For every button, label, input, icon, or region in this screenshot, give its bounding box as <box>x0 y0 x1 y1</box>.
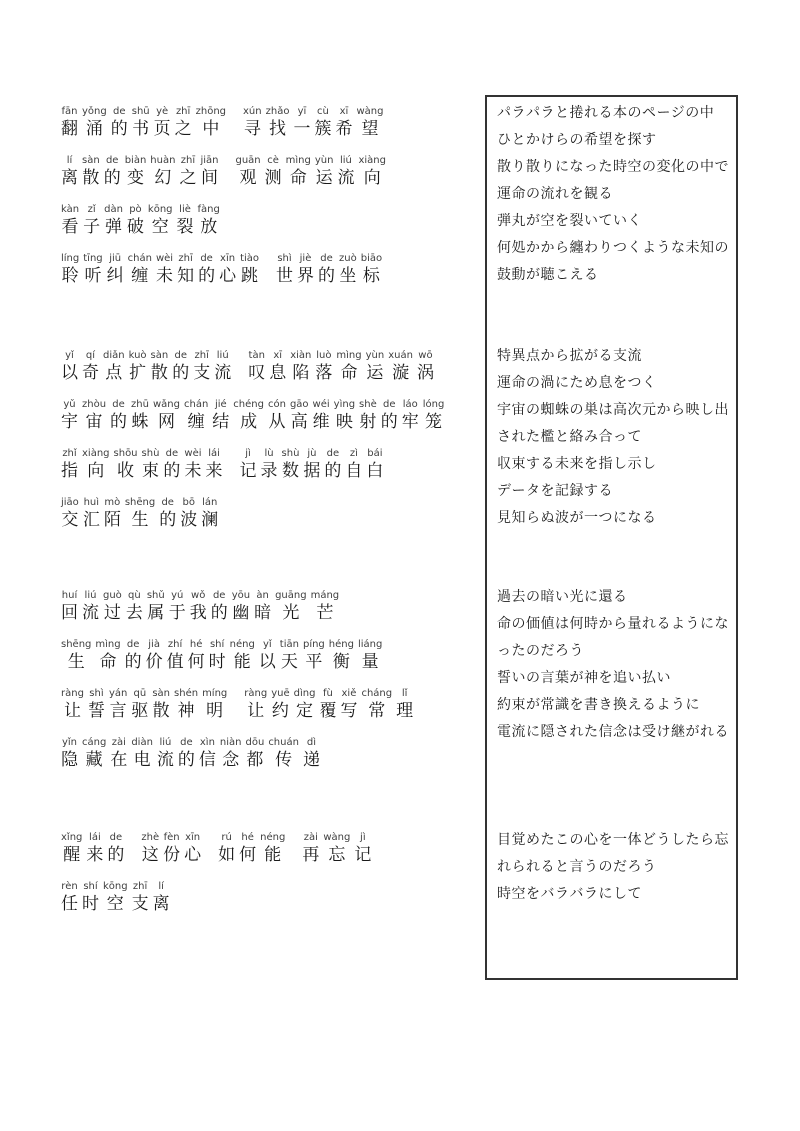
lyric-syllable: shǔ属 <box>147 589 165 623</box>
lyric-syllable: liú流 <box>337 154 354 188</box>
hanzi-text: 回 <box>61 602 78 623</box>
pinyin-text: fù <box>319 687 336 700</box>
pinyin-text: luò <box>315 349 332 362</box>
lyric-line: ràng让shì誓yán言qū驱sàn散shén神míng明ràng让yuē约d… <box>61 687 417 736</box>
lyric-syllable: de的 <box>178 736 195 770</box>
hanzi-text: 支 <box>132 893 149 914</box>
lyrics-column: fān翻yǒng涌de的shū书yè页zhī之zhōng中xún寻zhǎo找yī… <box>0 0 480 1131</box>
lyric-syllable: sàn散 <box>151 349 169 383</box>
hanzi-text: 流 <box>214 362 231 383</box>
pinyin-text: jià <box>146 638 163 651</box>
hanzi-text: 宙 <box>82 411 106 432</box>
hanzi-text: 簇 <box>314 118 331 139</box>
pinyin-text: cè <box>265 154 282 167</box>
hanzi-text: 的 <box>111 118 128 139</box>
hanzi-text: 何 <box>188 651 205 672</box>
lyric-syllable: zhī知 <box>177 252 194 286</box>
hanzi-text: 叹 <box>248 362 265 383</box>
lyric-syllable: wàng望 <box>356 105 383 139</box>
translation-line: 特異点から拡がる支流 <box>497 343 732 370</box>
lyric-syllable: shí时 <box>209 638 226 672</box>
lyric-syllable: xǐng醒 <box>61 831 82 865</box>
lyric-syllable: de的 <box>211 589 228 623</box>
lyric-syllable: píng平 <box>303 638 325 672</box>
pinyin-text: biàn <box>125 154 147 167</box>
hanzi-text: 的 <box>211 602 228 623</box>
pinyin-text: wàng <box>323 831 350 844</box>
translation-line: 宇宙の蜘蛛の巣は高次元から映し出 <box>497 397 732 424</box>
lyric-syllable: fàng放 <box>198 203 220 237</box>
pinyin-text: pò <box>127 203 144 216</box>
pinyin-text: lǐ <box>396 687 413 700</box>
pinyin-text: bái <box>366 447 383 460</box>
pinyin-text: néng <box>230 638 255 651</box>
pinyin-text: zhí <box>167 638 184 651</box>
hanzi-text: 任 <box>61 893 78 914</box>
lyric-syllable: kōng空 <box>103 880 128 914</box>
pinyin-text: yǒng <box>82 105 107 118</box>
lyric-syllable: de的 <box>110 398 127 432</box>
hanzi-text: 之 <box>175 118 192 139</box>
hanzi-text: 子 <box>83 216 100 237</box>
pinyin-text: de <box>211 589 228 602</box>
translation-line: 電流に隠された信念は受け継がれる <box>497 719 732 746</box>
lyric-syllable: qù去 <box>126 589 143 623</box>
pinyin-text: zhī <box>132 880 149 893</box>
lyric-syllable: cè测 <box>265 154 282 188</box>
pinyin-text: wèi <box>184 447 201 460</box>
pinyin-text: chán <box>128 252 152 265</box>
lyric-syllable: zhí值 <box>167 638 184 672</box>
pinyin-text: ràng <box>244 687 267 700</box>
pinyin-text: shì <box>88 687 105 700</box>
hanzi-text: 空 <box>148 216 173 237</box>
pinyin-text: de <box>159 496 176 509</box>
lyric-line: rèn任shí时kōng空zhī支lí离 <box>61 880 375 929</box>
hanzi-text: 价 <box>146 651 163 672</box>
lyric-line: líng聆tīng听jiū纠chán缠wèi未zhī知de的xīn心tiào跳s… <box>61 252 390 301</box>
lyric-syllable: yè页 <box>154 105 171 139</box>
hanzi-text: 听 <box>83 265 102 286</box>
pinyin-text: de <box>198 252 215 265</box>
hanzi-text: 离 <box>61 167 78 188</box>
hanzi-text: 未 <box>156 265 173 286</box>
lyric-syllable: de的 <box>159 496 176 530</box>
pinyin-text: mò <box>104 496 121 509</box>
hanzi-text: 自 <box>345 460 362 481</box>
lyric-syllable: yǐn隐 <box>61 736 78 770</box>
lyric-syllable: liú流 <box>214 349 231 383</box>
translation-line: 運命の渦にため息をつく <box>497 370 732 397</box>
lyric-syllable: hé何 <box>239 831 256 865</box>
lyric-syllable: guò过 <box>103 589 122 623</box>
hanzi-text: 来 <box>86 844 103 865</box>
lyric-syllable: fù覆 <box>319 687 336 721</box>
lyric-syllable: qū驱 <box>131 687 148 721</box>
lyric-syllable: qí奇 <box>82 349 99 383</box>
hanzi-text: 翻 <box>61 118 78 139</box>
pinyin-text: zhī <box>175 105 192 118</box>
hanzi-text: 幻 <box>150 167 175 188</box>
phrase-gap <box>222 157 235 167</box>
lyric-line: huí回liú流guò过qù去shǔ属yú于wǒ我de的yōu幽àn暗guāng… <box>61 589 417 638</box>
lyric-syllable: shén神 <box>174 687 198 721</box>
hanzi-text: 写 <box>340 700 357 721</box>
pinyin-text: liú <box>337 154 354 167</box>
pinyin-text: mìng <box>95 638 120 651</box>
lyric-syllable: liú流 <box>157 736 174 770</box>
pinyin-text: yuē <box>271 687 289 700</box>
hanzi-text: 网 <box>153 411 180 432</box>
hanzi-text: 运 <box>315 167 334 188</box>
lyric-syllable: chuán传 <box>268 736 299 770</box>
pinyin-text: néng <box>260 831 285 844</box>
hanzi-text: 涡 <box>417 362 434 383</box>
lyric-syllable: rèn任 <box>61 880 78 914</box>
hanzi-text: 从 <box>268 411 286 432</box>
lyric-line: yǐ以qí奇diǎn点kuò扩sàn散de的zhī支liú流tàn叹xī息xià… <box>61 349 448 398</box>
pinyin-text: wǎng <box>153 398 180 411</box>
lyric-syllable: héng衡 <box>329 638 354 672</box>
hanzi-text: 的 <box>104 167 121 188</box>
verse-block-2: yǐ以qí奇diǎn点kuò扩sàn散de的zhī支liú流tàn叹xī息xià… <box>61 349 448 545</box>
hanzi-text: 命 <box>95 651 120 672</box>
hanzi-text: 记 <box>240 460 257 481</box>
pinyin-text: shén <box>174 687 198 700</box>
pinyin-text: xīn <box>184 831 201 844</box>
hanzi-text: 蛛 <box>131 411 149 432</box>
pinyin-text: diǎn <box>103 349 125 362</box>
lyric-syllable: bái白 <box>366 447 383 481</box>
hanzi-text: 支 <box>193 362 210 383</box>
pinyin-text: de <box>104 154 121 167</box>
pinyin-text: bō <box>180 496 197 509</box>
pinyin-text: huàn <box>150 154 175 167</box>
pinyin-text: dì <box>303 736 320 749</box>
pinyin-text: hé <box>188 638 205 651</box>
phrase-gap <box>128 834 141 844</box>
hanzi-text: 何 <box>239 844 256 865</box>
hanzi-text: 澜 <box>201 509 218 530</box>
lyric-syllable: kàn看 <box>61 203 79 237</box>
hanzi-text: 笼 <box>423 411 445 432</box>
hanzi-text: 望 <box>356 118 383 139</box>
lyric-syllable: xìn信 <box>199 736 216 770</box>
lyric-syllable: mìng命 <box>336 349 361 383</box>
pinyin-text: kōng <box>103 880 128 893</box>
pinyin-text: dōu <box>246 736 265 749</box>
lyric-syllable: yùn运 <box>315 154 334 188</box>
hanzi-text: 心 <box>219 265 236 286</box>
lyric-syllable: fèn份 <box>163 831 180 865</box>
lyric-syllable: wàng忘 <box>323 831 350 865</box>
pinyin-text: shǔ <box>147 589 165 602</box>
hanzi-text: 的 <box>163 460 180 481</box>
hanzi-text: 能 <box>260 844 285 865</box>
hanzi-text: 让 <box>61 700 84 721</box>
hanzi-text: 扩 <box>129 362 147 383</box>
pinyin-text: de <box>107 831 124 844</box>
lyric-syllable: jiè界 <box>297 252 314 286</box>
hanzi-text: 递 <box>303 749 320 770</box>
pinyin-text: huì <box>83 496 100 509</box>
lyric-syllable: lóng笼 <box>423 398 445 432</box>
hanzi-text: 驱 <box>131 700 148 721</box>
hanzi-text: 在 <box>110 749 127 770</box>
lyric-syllable: wèi未 <box>156 252 173 286</box>
pinyin-text: sàn <box>152 687 170 700</box>
verse-block-4: xǐng醒lái来de的zhè这fèn份xīn心rú如hé何néng能zài再w… <box>61 831 375 929</box>
lyric-syllable: ràng让 <box>61 687 84 721</box>
pinyin-text: zhū <box>131 398 149 411</box>
lyric-syllable: yōu幽 <box>232 589 250 623</box>
hanzi-text: 标 <box>361 265 382 286</box>
lyric-syllable: zhè这 <box>141 831 159 865</box>
hanzi-text: 隐 <box>61 749 78 770</box>
pinyin-text: xī <box>335 105 352 118</box>
hanzi-text: 汇 <box>83 509 100 530</box>
lyric-syllable: líng聆 <box>61 252 79 286</box>
pinyin-text: xī <box>269 349 286 362</box>
lyric-syllable: shēng生 <box>125 496 155 530</box>
pinyin-text: láo <box>402 398 419 411</box>
pinyin-text: tàn <box>248 349 265 362</box>
translation-line: 収束する未来を指し示し <box>497 451 732 478</box>
hanzi-text: 束 <box>142 460 160 481</box>
hanzi-text: 结 <box>212 411 229 432</box>
hanzi-text: 白 <box>366 460 383 481</box>
hanzi-text: 天 <box>280 651 299 672</box>
hanzi-text: 奇 <box>82 362 99 383</box>
lyric-syllable: yán言 <box>109 687 127 721</box>
hanzi-text: 电 <box>131 749 153 770</box>
lyric-syllable: chán缠 <box>128 252 152 286</box>
pinyin-text: xīn <box>219 252 236 265</box>
hanzi-text: 坐 <box>339 265 357 286</box>
lyric-syllable: jié结 <box>212 398 229 432</box>
hanzi-text: 传 <box>268 749 299 770</box>
pinyin-text: liè <box>177 203 194 216</box>
hanzi-text: 记 <box>354 844 371 865</box>
lyric-syllable: diǎn点 <box>103 349 125 383</box>
translation-block-1: パラパラと捲れる本のページの中ひとかけらの希望を探す散り散りになった時空の変化の… <box>497 100 732 289</box>
lyric-syllable: máng芒 <box>311 589 340 623</box>
hanzi-text: 的 <box>381 411 398 432</box>
hanzi-text: 如 <box>218 844 235 865</box>
lyric-syllable: yǒng涌 <box>82 105 107 139</box>
hanzi-text: 来 <box>206 460 223 481</box>
lyric-syllable: dì递 <box>303 736 320 770</box>
pinyin-text: liú <box>82 589 99 602</box>
hanzi-text: 缠 <box>184 411 208 432</box>
lyric-line: fān翻yǒng涌de的shū书yè页zhī之zhōng中xún寻zhǎo找yī… <box>61 105 390 154</box>
lyric-syllable: cáng藏 <box>82 736 106 770</box>
pinyin-text: jù <box>303 447 320 460</box>
pinyin-text: qù <box>126 589 143 602</box>
lyric-syllable: yǐ以 <box>259 638 276 672</box>
pinyin-text: liú <box>157 736 174 749</box>
pinyin-text: shōu <box>114 447 138 460</box>
hanzi-text: 暗 <box>254 602 271 623</box>
lyric-syllable: xiàng向 <box>82 447 110 481</box>
phrase-gap <box>205 834 218 844</box>
translation-line: 何処かから纏わりつくような未知の <box>497 235 732 262</box>
pinyin-text: cháng <box>361 687 392 700</box>
lyric-syllable: shù数 <box>282 447 300 481</box>
pinyin-text: shí <box>82 880 99 893</box>
lyric-syllable: zhǐ指 <box>61 447 78 481</box>
lyric-syllable: shí时 <box>82 880 99 914</box>
lyric-syllable: tiān天 <box>280 638 299 672</box>
lyric-syllable: xiàn陷 <box>290 349 311 383</box>
pinyin-text: liáng <box>358 638 382 651</box>
pinyin-text: sàn <box>151 349 169 362</box>
lyric-syllable: sàn散 <box>152 687 170 721</box>
pinyin-text: hé <box>239 831 256 844</box>
pinyin-text: yùn <box>315 154 334 167</box>
hanzi-text: 希 <box>335 118 352 139</box>
pinyin-text: gāo <box>290 398 309 411</box>
lyric-syllable: yú于 <box>169 589 186 623</box>
pinyin-text: lái <box>86 831 103 844</box>
lyric-syllable: wǒ我 <box>190 589 207 623</box>
hanzi-text: 我 <box>190 602 207 623</box>
hanzi-text: 页 <box>154 118 171 139</box>
hanzi-text: 流 <box>337 167 354 188</box>
pinyin-text: lù <box>261 447 278 460</box>
hanzi-text: 测 <box>265 167 282 188</box>
lyric-syllable: biàn变 <box>125 154 147 188</box>
hanzi-text: 间 <box>200 167 218 188</box>
lyric-syllable: huì汇 <box>83 496 100 530</box>
lyric-syllable: shū书 <box>132 105 150 139</box>
lyric-syllable: xīn心 <box>219 252 236 286</box>
hanzi-text: 跳 <box>240 265 259 286</box>
hanzi-text: 陷 <box>290 362 311 383</box>
lyric-syllable: jiū纠 <box>107 252 124 286</box>
pinyin-text: zhōng <box>196 105 226 118</box>
lyric-syllable: yùn运 <box>366 349 385 383</box>
pinyin-text: zǐ <box>83 203 100 216</box>
pinyin-text: guāng <box>275 589 307 602</box>
hanzi-text: 衡 <box>329 651 354 672</box>
lyric-syllable: shè射 <box>359 398 377 432</box>
pinyin-text: de <box>324 447 341 460</box>
hanzi-text: 覆 <box>319 700 336 721</box>
pinyin-text: shì <box>276 252 293 265</box>
translation-line: 過去の暗い光に還る <box>497 584 732 611</box>
pinyin-text: yán <box>109 687 127 700</box>
pinyin-text: mìng <box>286 154 311 167</box>
pinyin-text: wǒ <box>190 589 207 602</box>
hanzi-text: 点 <box>103 362 125 383</box>
hanzi-text: 都 <box>246 749 265 770</box>
pinyin-text: de <box>163 447 180 460</box>
lyric-syllable: yǔ宇 <box>61 398 78 432</box>
pinyin-text: jiū <box>107 252 124 265</box>
lyric-syllable: zài再 <box>302 831 319 865</box>
lyric-line: yǐn隐cáng藏zài在diàn电liú流de的xìn信niàn念dōu都ch… <box>61 736 417 785</box>
hanzi-text: 这 <box>141 844 159 865</box>
pinyin-text: tīng <box>83 252 102 265</box>
pinyin-text: zuò <box>339 252 357 265</box>
pinyin-text: yǐ <box>61 349 78 362</box>
lyric-syllable: néng能 <box>260 831 285 865</box>
hanzi-text: 神 <box>174 700 198 721</box>
hanzi-text: 让 <box>244 700 267 721</box>
phrase-gap <box>263 255 276 265</box>
hanzi-text: 藏 <box>82 749 106 770</box>
hanzi-text: 裂 <box>177 216 194 237</box>
lyric-syllable: guān观 <box>235 154 260 188</box>
lyric-syllable: néng能 <box>230 638 255 672</box>
hanzi-text: 誓 <box>88 700 105 721</box>
pinyin-text: yú <box>169 589 186 602</box>
hanzi-text: 芒 <box>311 602 340 623</box>
lyric-syllable: de的 <box>172 349 189 383</box>
pinyin-text: zhǐ <box>61 447 78 460</box>
hanzi-text: 中 <box>196 118 226 139</box>
hanzi-text: 于 <box>169 602 186 623</box>
lyric-syllable: shù束 <box>142 447 160 481</box>
hanzi-text: 数 <box>282 460 300 481</box>
hanzi-text: 平 <box>303 651 325 672</box>
translation-line: 約束が常識を書き換えるように <box>497 692 732 719</box>
lyric-syllable: luò落 <box>315 349 332 383</box>
hanzi-text: 过 <box>103 602 122 623</box>
pinyin-text: jiè <box>297 252 314 265</box>
translation-line: 誓いの言葉が神を追い払い <box>497 665 732 692</box>
phrase-gap <box>235 352 248 362</box>
lyric-syllable: xún寻 <box>243 105 262 139</box>
lyric-syllable: xīn心 <box>184 831 201 865</box>
hanzi-text: 之 <box>179 167 196 188</box>
pinyin-text: kōng <box>148 203 173 216</box>
hanzi-text: 运 <box>366 362 385 383</box>
pinyin-text: shè <box>359 398 377 411</box>
lyric-syllable: zhòu宙 <box>82 398 106 432</box>
lyric-syllable: de的 <box>107 831 124 865</box>
pinyin-text: niàn <box>220 736 242 749</box>
hanzi-text: 看 <box>61 216 79 237</box>
hanzi-text: 去 <box>126 602 143 623</box>
pinyin-text: fān <box>61 105 78 118</box>
pinyin-text: tiào <box>240 252 259 265</box>
lyric-syllable: lí离 <box>153 880 170 914</box>
lyric-syllable: wéi维 <box>313 398 330 432</box>
hanzi-text: 寻 <box>243 118 262 139</box>
pinyin-text: zhī <box>177 252 194 265</box>
hanzi-text: 份 <box>163 844 180 865</box>
translation-line: 目覚めたこの心を一体どうしたら忘 <box>497 827 732 854</box>
translation-line: 命の価値は何時から量れるようにな <box>497 611 732 638</box>
lyric-syllable: chéng成 <box>233 398 264 432</box>
lyric-syllable: míng明 <box>202 687 227 721</box>
pinyin-text: héng <box>329 638 354 651</box>
translation-line: 弾丸が空を裂いていく <box>497 208 732 235</box>
hanzi-text: 映 <box>334 411 355 432</box>
lyric-syllable: zǐ子 <box>83 203 100 237</box>
pinyin-text: jiāo <box>61 496 79 509</box>
lyric-syllable: guāng光 <box>275 589 307 623</box>
hanzi-text: 的 <box>125 651 142 672</box>
lyric-syllable: zuò坐 <box>339 252 357 286</box>
translation-line: れられると言うのだろう <box>497 854 732 881</box>
translation-line: 見知らぬ波が一つになる <box>497 505 732 532</box>
lyric-syllable: cù簇 <box>314 105 331 139</box>
pinyin-text: huí <box>61 589 78 602</box>
lyric-line: jiāo交huì汇mò陌shēng生de的bō波lán澜 <box>61 496 448 545</box>
